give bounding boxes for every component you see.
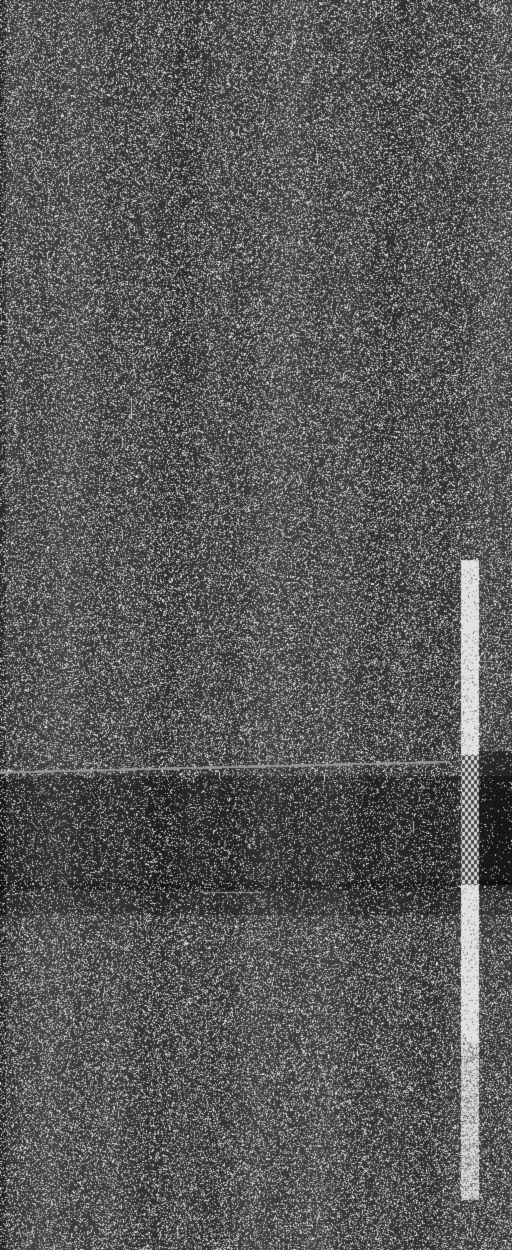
asphalt-texture — [0, 0, 512, 1250]
road-photo — [0, 0, 512, 1250]
